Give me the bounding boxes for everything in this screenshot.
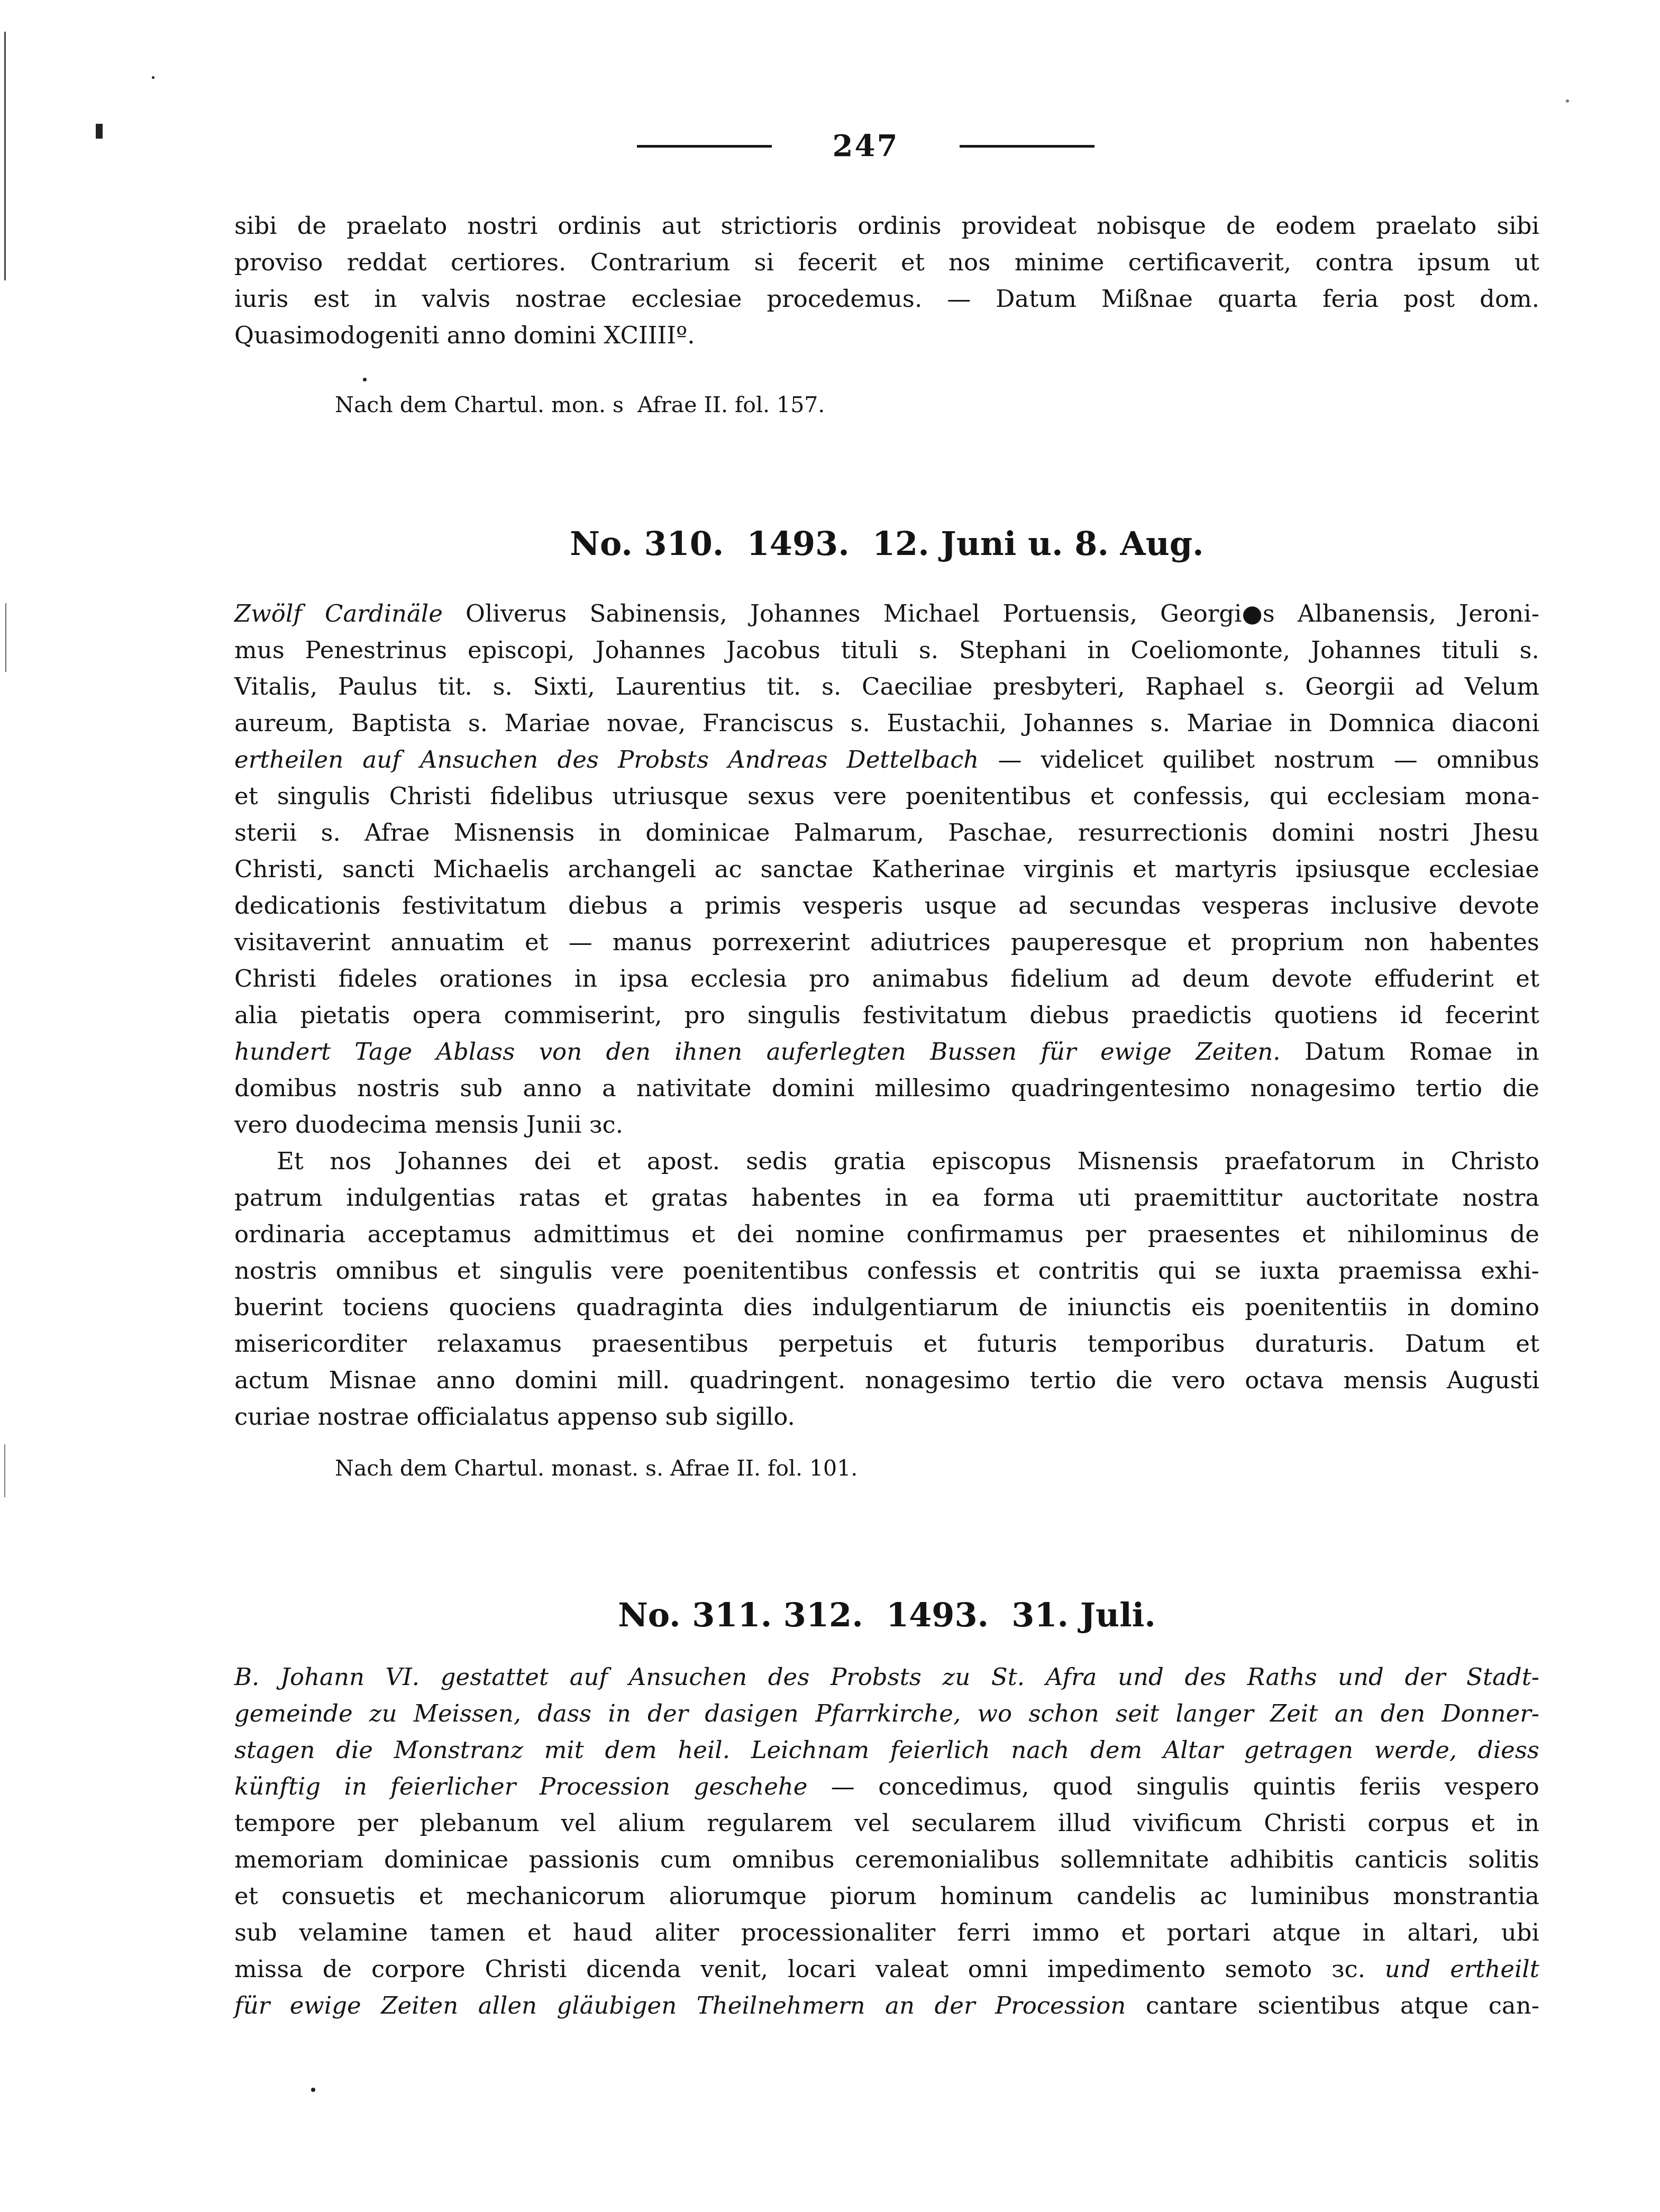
word: vel xyxy=(561,1805,596,1841)
word: Donner- xyxy=(1442,1695,1539,1732)
word: in xyxy=(1407,1289,1430,1325)
word: mensis xyxy=(1343,1362,1427,1398)
word: auferlegten xyxy=(767,1033,906,1070)
word: deum xyxy=(1182,960,1249,997)
word: praemissa xyxy=(1338,1252,1462,1289)
word: et xyxy=(1121,1914,1145,1951)
word: ad xyxy=(1131,960,1161,997)
word: candelis xyxy=(1077,1878,1176,1914)
word: ac xyxy=(715,851,742,887)
word: episcopi, xyxy=(468,632,575,668)
word: de xyxy=(297,207,326,244)
word: praelato xyxy=(1376,207,1476,244)
word: videlicet xyxy=(1041,741,1144,778)
word: s. xyxy=(1151,705,1170,741)
word: Laurentius xyxy=(615,668,746,705)
word: Zwölf xyxy=(234,595,302,632)
word: domino xyxy=(1450,1289,1539,1325)
word: novae, xyxy=(607,705,686,741)
word: vere xyxy=(611,1252,664,1289)
word: consuetis xyxy=(281,1878,396,1914)
word: Andreas xyxy=(728,741,827,778)
word: valeat xyxy=(875,1951,948,1987)
word: Pfarrkirche, xyxy=(815,1695,961,1732)
word: relaxamus xyxy=(437,1325,562,1362)
word: Raths xyxy=(1247,1659,1317,1695)
word: habentes xyxy=(1429,924,1539,960)
word: domini xyxy=(1272,814,1354,851)
word: Theilnehmern xyxy=(697,1987,865,2024)
text-line: aliapietatisoperacommiserint,prosingulis… xyxy=(234,997,1539,1033)
word: für xyxy=(1041,1033,1076,1070)
document-310-paragraph-2: EtnosJohannesdeietapost.sedisgratiaepisc… xyxy=(234,1143,1539,1435)
word: mus xyxy=(234,632,285,668)
word: festivitatum xyxy=(863,997,1007,1033)
word: admittimus xyxy=(533,1216,670,1252)
scanned-book-page: { "page": { "number": "247" }, "doc_prev… xyxy=(0,0,1660,2212)
word: Oliverus xyxy=(466,595,567,632)
word: dominicae xyxy=(645,814,770,851)
word: quadringent. xyxy=(689,1362,845,1398)
word: sub xyxy=(460,1070,503,1106)
word: Procession xyxy=(995,1987,1126,2024)
word: Jhesu xyxy=(1473,814,1539,851)
word: des xyxy=(1184,1659,1226,1695)
word: ewige xyxy=(290,1987,361,2024)
word: actum xyxy=(234,1362,309,1398)
word: corpus xyxy=(1367,1805,1449,1841)
word: et xyxy=(604,1179,628,1216)
word: Albanensis, xyxy=(1298,595,1436,632)
word: pro xyxy=(684,997,725,1033)
word: futuris xyxy=(977,1325,1057,1362)
word: vesperis xyxy=(803,887,904,924)
word: dasigen xyxy=(705,1695,799,1732)
word: canticis xyxy=(1355,1841,1448,1878)
word: des xyxy=(768,1659,810,1695)
word: octava xyxy=(1245,1362,1324,1398)
word: patrum xyxy=(234,1179,323,1216)
word: quod xyxy=(1053,1768,1113,1805)
word: auctoritate xyxy=(1306,1179,1439,1216)
word: passionis xyxy=(529,1841,640,1878)
text-line: iurisestinvalvisnostraeecclesiaeprocedem… xyxy=(234,280,1539,317)
scan-artifact xyxy=(96,124,103,139)
word: cantare xyxy=(1146,1987,1238,2024)
word: die xyxy=(1116,1362,1153,1398)
word: — xyxy=(569,924,592,960)
word: tertio xyxy=(1029,1362,1096,1398)
word: et xyxy=(597,1143,621,1179)
word: Zeiten. xyxy=(1196,1033,1280,1070)
word: proviso xyxy=(234,244,323,280)
word: B. xyxy=(234,1659,259,1695)
word: zu xyxy=(943,1659,971,1695)
word: Katherinae xyxy=(872,851,1006,887)
word: porrexerint xyxy=(712,924,850,960)
word: episcopus xyxy=(932,1143,1051,1179)
word: acceptamus xyxy=(367,1216,511,1252)
word: Ansuchen xyxy=(629,1659,747,1695)
word: secularem xyxy=(911,1805,1036,1841)
word: tit. xyxy=(438,668,472,705)
word: per xyxy=(1086,1216,1126,1252)
word: Vitalis, xyxy=(234,668,317,705)
word: Christi xyxy=(485,1951,567,1987)
word: der xyxy=(934,1987,975,2024)
word: strictioris xyxy=(720,207,837,244)
word: fecerit xyxy=(798,244,877,280)
word: mit xyxy=(544,1732,584,1768)
word: omnibus xyxy=(336,1252,439,1289)
word: nonagesimo xyxy=(1251,1070,1396,1106)
word: aut xyxy=(662,207,701,244)
text-line: visitaverintannuatimet—manusporrexerinta… xyxy=(234,924,1539,960)
word: heil. xyxy=(678,1732,730,1768)
word: ceremonialibus xyxy=(855,1841,1040,1878)
word: Misnae xyxy=(329,1362,417,1398)
word: et xyxy=(527,1914,551,1951)
word: in xyxy=(1402,1143,1425,1179)
word: singulis xyxy=(499,1252,592,1289)
word: Datum xyxy=(1405,1325,1486,1362)
word: alia xyxy=(234,997,278,1033)
word: fecerint xyxy=(1445,997,1539,1033)
word: seit xyxy=(1116,1695,1159,1732)
word: aliorumque xyxy=(669,1878,807,1914)
word: et xyxy=(1516,1325,1539,1362)
word: sterii xyxy=(234,814,297,851)
word: dominicae xyxy=(384,1841,508,1878)
word: geschehe xyxy=(694,1768,807,1805)
text-line: patrumindulgentiasratasetgratashabentesi… xyxy=(234,1179,1539,1216)
word: tempore xyxy=(234,1805,335,1841)
word: Christi, xyxy=(234,851,324,887)
word: eodem xyxy=(1275,207,1356,244)
word: s. xyxy=(919,632,938,668)
scan-artifact xyxy=(5,603,6,672)
text-line: gemeindezuMeissen,dassinderdasigenPfarrk… xyxy=(234,1695,1539,1732)
text-line: hundertTageAblassvondenihnenauferlegtenB… xyxy=(234,1033,1539,1070)
word: visitaverint xyxy=(234,924,370,960)
word: künftig xyxy=(234,1768,321,1805)
word: an xyxy=(1335,1695,1364,1732)
word: archangeli xyxy=(568,851,696,887)
word: die xyxy=(336,1732,373,1768)
word: — xyxy=(831,1768,855,1805)
word: tituli xyxy=(1442,632,1499,668)
word: Datum xyxy=(996,280,1077,317)
word: dem xyxy=(605,1732,656,1768)
word: Jacobus xyxy=(726,632,820,668)
word: Ablass xyxy=(436,1033,515,1070)
word: alium xyxy=(618,1805,685,1841)
word: Afra xyxy=(1046,1659,1097,1695)
text-line: Christifidelesorationesinipsaecclesiapro… xyxy=(234,960,1539,997)
text-line: ertheilenaufAnsuchendesProbstsAndreasDet… xyxy=(234,741,1539,778)
word: per xyxy=(357,1805,398,1841)
word: martyris xyxy=(1175,851,1278,887)
word: singulis xyxy=(1136,1768,1229,1805)
word: Contrarium xyxy=(590,244,731,280)
word: quotiens xyxy=(1274,997,1378,1033)
word: contritis xyxy=(1038,1252,1139,1289)
word: diaconi xyxy=(1452,705,1539,741)
word: omni xyxy=(968,1951,1028,1987)
citation-previous-document: Nach dem Chartul. mon. s Afrae II. fol. … xyxy=(234,389,1640,421)
word: impedimento xyxy=(1047,1951,1206,1987)
word: dedicationis xyxy=(234,887,381,924)
word: Dettelbach xyxy=(847,741,979,778)
word: dei xyxy=(737,1216,774,1252)
scan-artifact xyxy=(152,76,154,79)
word: sollemnitate xyxy=(1060,1841,1209,1878)
word: in xyxy=(1289,705,1312,741)
word: für xyxy=(234,1987,270,2024)
word: confirmamus xyxy=(907,1216,1064,1252)
text-line: etconsuetisetmechanicorumaliorumquepioru… xyxy=(234,1878,1539,1914)
word: velamine xyxy=(299,1914,408,1951)
text-line: temporeperplebanumvelaliumregularemvelse… xyxy=(234,1805,1539,1841)
word: Baptista xyxy=(351,705,451,741)
word: inclusive xyxy=(1330,887,1437,924)
word: vero xyxy=(1172,1362,1226,1398)
word: plebanum xyxy=(419,1805,539,1841)
word: proprium xyxy=(1231,924,1344,960)
word: et xyxy=(1516,960,1539,997)
word: animabus xyxy=(872,960,989,997)
word: et xyxy=(234,778,258,814)
word: der xyxy=(647,1695,688,1732)
word: et xyxy=(1471,1805,1495,1841)
word: Zeit xyxy=(1270,1695,1318,1732)
word: Christi xyxy=(234,960,316,997)
scan-artifact xyxy=(4,1444,5,1497)
document-continuation-paragraph: sibidepraelatonostriordinisautstrictiori… xyxy=(234,207,1539,353)
word: Mariae xyxy=(1187,705,1272,741)
word: indulgentiarum xyxy=(813,1289,999,1325)
word: zu xyxy=(369,1695,397,1732)
word: luminibus xyxy=(1251,1878,1370,1914)
word: nostrae xyxy=(515,280,606,317)
word: ac xyxy=(1200,1878,1227,1914)
word: et xyxy=(1133,851,1156,887)
word: — xyxy=(1394,741,1418,778)
word: ipsum xyxy=(1418,244,1491,280)
word: Mißnae xyxy=(1101,280,1193,317)
word: Coeliomonte, xyxy=(1130,632,1290,668)
word: Eustachii, xyxy=(887,705,1007,741)
word: id xyxy=(1400,997,1423,1033)
word: die xyxy=(1502,1070,1539,1106)
word: et xyxy=(923,1325,947,1362)
word: mill. xyxy=(617,1362,670,1398)
word: Palmarum, xyxy=(794,814,924,851)
word: adhibitis xyxy=(1229,1841,1334,1878)
word: sub xyxy=(234,1914,277,1951)
word: poenitentibus xyxy=(683,1252,849,1289)
word: ordinaria xyxy=(234,1216,345,1252)
word: de xyxy=(1510,1216,1539,1252)
word: nobisque xyxy=(1097,207,1206,244)
word: commiserint, xyxy=(504,997,662,1033)
word: anno xyxy=(523,1070,582,1106)
word: de xyxy=(1018,1289,1047,1325)
word: sancti xyxy=(342,851,415,887)
word: manus xyxy=(613,924,692,960)
page-number: 247 xyxy=(833,131,899,161)
word: cum xyxy=(660,1841,712,1878)
word: a xyxy=(602,1070,616,1106)
word: secundas xyxy=(1069,887,1181,924)
word: Caeciliae xyxy=(862,668,973,705)
word: werde, xyxy=(1374,1732,1457,1768)
word: wo xyxy=(978,1695,1013,1732)
word: apost. xyxy=(647,1143,720,1179)
word: aliter xyxy=(655,1914,719,1951)
word: Ansuchen xyxy=(420,741,538,778)
text-line: Quasimodogeniti anno domini XCIIIIº. xyxy=(234,317,1539,353)
heading-no-311-312: No. 311. 312. 1493. 31. Juli. xyxy=(234,1592,1539,1638)
text-line: missadecorporeChristidicendavenit,locari… xyxy=(234,1951,1539,1987)
word: in xyxy=(608,1695,631,1732)
document-310-paragraph: ZwölfCardinäleOliverusSabinensis,Johanne… xyxy=(234,595,1539,1143)
word: ecclesiae xyxy=(1429,851,1539,887)
word: der xyxy=(1405,1659,1446,1695)
word: portari xyxy=(1167,1914,1251,1951)
word: anno xyxy=(436,1362,495,1398)
citation-310: Nach dem Chartul. monast. s. Afrae II. f… xyxy=(234,1452,1640,1484)
word: ad xyxy=(1018,887,1048,924)
word: duraturis. xyxy=(1255,1325,1375,1362)
header-rule-right xyxy=(960,145,1094,148)
text-line: provisoreddatcertiores.Contrariumsifecer… xyxy=(234,244,1539,280)
word: et xyxy=(525,924,549,960)
word: Michaelis xyxy=(433,851,549,887)
word: nostris xyxy=(234,1252,317,1289)
word: s. xyxy=(1265,668,1284,705)
word: Leichnam xyxy=(751,1732,870,1768)
text-line: misericorditerrelaxamuspraesentibusperpe… xyxy=(234,1325,1539,1362)
word: praemittitur xyxy=(1134,1179,1282,1216)
word: allen xyxy=(478,1987,537,2024)
word: s. xyxy=(1519,632,1539,668)
word: den xyxy=(1381,1695,1425,1732)
word: habentes xyxy=(752,1179,862,1216)
word: Velum xyxy=(1465,668,1539,705)
word: quociens xyxy=(449,1289,557,1325)
word: Sixti, xyxy=(533,668,595,705)
word: ecclesiam xyxy=(1327,778,1446,814)
word: temporibus xyxy=(1088,1325,1225,1362)
word: dicenda xyxy=(586,1951,681,1987)
word: diebus xyxy=(1029,997,1109,1033)
word: de xyxy=(323,1951,352,1987)
word: immo xyxy=(1033,1914,1100,1951)
word: et xyxy=(1302,1216,1326,1252)
word: von xyxy=(539,1033,582,1070)
word: Monstranz xyxy=(394,1732,523,1768)
word: confessis, xyxy=(1133,778,1251,814)
word: scientibus xyxy=(1258,1987,1381,2024)
word: ut xyxy=(1515,244,1539,280)
text-line: künftiginfeierlicherProcessiongeschehe—c… xyxy=(234,1768,1539,1805)
word: usque xyxy=(925,887,997,924)
word: Michael xyxy=(883,595,980,632)
word: quilibet xyxy=(1163,741,1255,778)
text-line: vero duodecima mensis Junii зc. xyxy=(234,1106,1539,1143)
word: uti xyxy=(1078,1179,1110,1216)
word: Franciscus xyxy=(703,705,834,741)
word: fideles xyxy=(338,960,417,997)
word: orationes xyxy=(440,960,553,997)
text-line: stagendieMonstranzmitdemheil.Leichnamfei… xyxy=(234,1732,1539,1768)
word: poenitentibus xyxy=(906,778,1071,814)
text-line: aureum,Baptistas.Mariaenovae,Franciscuss… xyxy=(234,705,1539,741)
word: Johannes xyxy=(1311,632,1421,668)
word: feierlich xyxy=(890,1732,990,1768)
word: nos xyxy=(948,244,990,280)
word: gratia xyxy=(834,1143,906,1179)
word: Probsts xyxy=(831,1659,922,1695)
word: Altar xyxy=(1163,1732,1223,1768)
word: sanctae xyxy=(760,851,853,887)
word: misericorditer xyxy=(234,1325,407,1362)
text-line: musPenestrinusepiscopi,JohannesJacobusti… xyxy=(234,632,1539,668)
text-line: Vitalis,Paulustit.s.Sixti,Laurentiustit.… xyxy=(234,668,1539,705)
scan-artifact xyxy=(311,2088,315,2092)
word: contra xyxy=(1315,244,1393,280)
word: Christi xyxy=(389,778,471,814)
word: Johannes xyxy=(398,1143,508,1179)
word: corpore xyxy=(371,1951,466,1987)
word: procedemus. xyxy=(767,280,922,317)
word: auf xyxy=(362,741,400,778)
word: in xyxy=(885,1179,908,1216)
word: domini xyxy=(515,1362,597,1398)
text-line: buerinttociensquociensquadragintadiesind… xyxy=(234,1289,1539,1325)
word: ferri xyxy=(957,1914,1011,1951)
word: Georgii xyxy=(1305,668,1394,705)
word: et xyxy=(996,1252,1020,1289)
word: in xyxy=(374,280,397,317)
text-segment: curiae nostrae officialatus appenso sub … xyxy=(234,1403,795,1431)
word: millesimo xyxy=(874,1070,991,1106)
text-line: subvelaminetamenethaudaliterprocessional… xyxy=(234,1914,1539,1951)
word: qui xyxy=(1270,778,1308,814)
word: exhi- xyxy=(1481,1252,1539,1289)
word: Georgi●s xyxy=(1160,595,1275,632)
word: in xyxy=(344,1768,367,1805)
word: processionaliter xyxy=(741,1914,936,1951)
word: — xyxy=(998,741,1021,778)
text-line: Christi,sanctiMichaelisarchangeliacsanct… xyxy=(234,851,1539,887)
word: in xyxy=(1517,1805,1539,1841)
document-311-paragraph: B.JohannVI.gestattetaufAnsuchendesProbst… xyxy=(234,1659,1539,2024)
word: den xyxy=(606,1033,651,1070)
word: haud xyxy=(573,1914,633,1951)
word: qui xyxy=(1158,1252,1196,1289)
word: et xyxy=(901,244,925,280)
word: ipsa xyxy=(619,960,669,997)
word: s. xyxy=(822,668,841,705)
word: post xyxy=(1403,280,1455,317)
word: Mariae xyxy=(504,705,590,741)
word: Penestrinus xyxy=(305,632,448,668)
word: Probsts xyxy=(618,741,709,778)
word: nomine xyxy=(796,1216,885,1252)
word: aureum, xyxy=(234,705,335,741)
